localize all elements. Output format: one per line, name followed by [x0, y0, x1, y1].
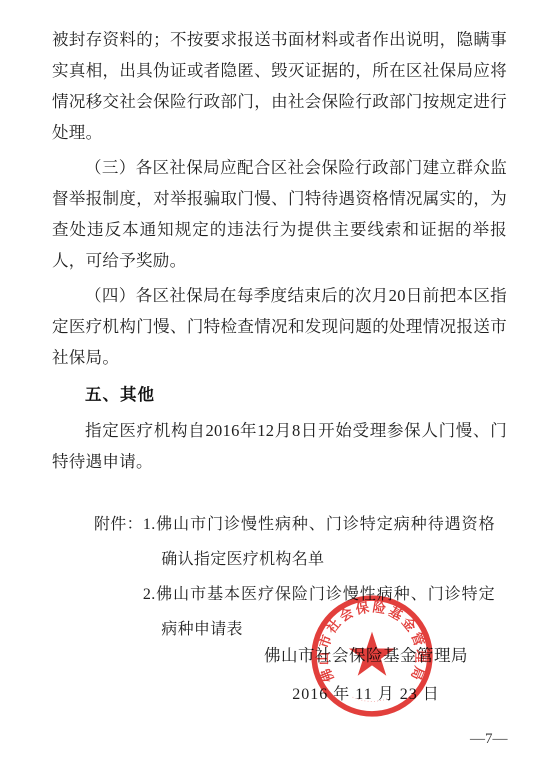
section-heading-other: 五、其他	[52, 380, 507, 411]
signature-date: 2016 年 11 月 23 日	[248, 685, 484, 705]
paragraph-item-4: （四）各区社保局在每季度结束后的次月20日前把本区指定医疗机构门慢、门特检查情况…	[52, 280, 507, 373]
attachment-block: 附件： 1.佛山市门诊慢性病种、门诊特定病种待遇资格确认指定医疗机构名单 2.佛…	[94, 507, 507, 647]
signature-block: 佛山市社会保险基金管理局 2016 年 11 月 23 日	[248, 646, 484, 705]
attachment-item-1: 1.佛山市门诊慢性病种、门诊特定病种待遇资格确认指定医疗机构名单	[143, 507, 495, 577]
signature-agency-name: 佛山市社会保险基金管理局	[248, 646, 484, 666]
document-page: 被封存资料的；不按要求报送书面材料或者作出说明，隐瞒事实真相，出具伪证或者隐匿、…	[0, 0, 560, 778]
attachment-list: 1.佛山市门诊慢性病种、门诊特定病种待遇资格确认指定医疗机构名单 2.佛山市基本…	[143, 507, 495, 647]
attachment-label: 附件：	[94, 507, 143, 647]
attachment-item-2: 2.佛山市基本医疗保险门诊慢性病种、门诊特定病种申请表	[143, 577, 495, 647]
paragraph-continuation: 被封存资料的；不按要求报送书面材料或者作出说明，隐瞒事实真相，出具伪证或者隐匿、…	[52, 24, 507, 148]
document-body: 被封存资料的；不按要求报送书面材料或者作出说明，隐瞒事实真相，出具伪证或者隐匿、…	[52, 24, 507, 647]
page-number: —7—	[470, 731, 508, 748]
section-paragraph: 指定医疗机构自2016年12月8日开始受理参保人门慢、门特待遇申请。	[52, 415, 507, 477]
paragraph-item-3: （三）各区社保局应配合区社会保险行政部门建立群众监督举报制度，对举报骗取门慢、门…	[52, 152, 507, 276]
